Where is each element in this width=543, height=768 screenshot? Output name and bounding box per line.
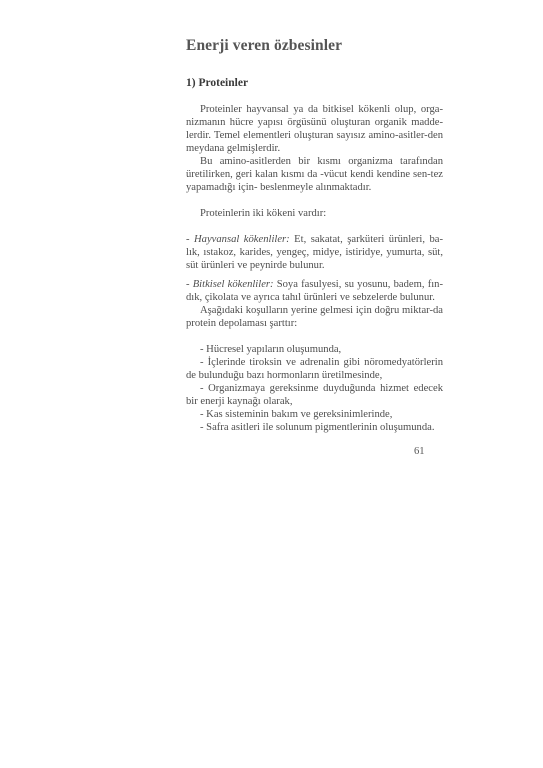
body-text: Proteinler hayvansal ya da bitkisel köke… [186,103,443,434]
list-item: - Organizmaya gereksinme duyduğunda hizm… [186,382,443,408]
list-item: - Kas sisteminin bakım ve gereksinimleri… [186,408,443,421]
paragraph-animal-sources: - Hayvansal kökenliler: Et, sakatat, şar… [186,233,443,272]
paragraph-intro: Proteinler hayvansal ya da bitkisel köke… [186,103,443,155]
plant-sources-label: - Bitkisel kökenliler: [186,279,274,290]
conditions-list: - Hücresel yapıların oluşumunda, - İçler… [186,343,443,434]
page-title: Enerji veren özbesinler [186,37,342,55]
paragraph-plant-sources: - Bitkisel kökenliler: Soya fasulyesi, s… [186,278,443,304]
animal-sources-label: - Hayvansal kökenliler: [186,234,290,245]
list-item: - Safra asitleri ile solunum pigmentleri… [186,421,443,434]
paragraph-conditions: Aşağıdaki koşulların yerine gelmesi için… [186,304,443,330]
list-item: - Hücresel yapıların oluşumunda, [186,343,443,356]
page-number: 61 [414,446,425,457]
paragraph-amino-acids: Bu amino-asitlerden bir kısmı organizma … [186,155,443,194]
list-item: - İçlerinde tiroksin ve adrenalin gibi n… [186,356,443,382]
paragraph-two-origins: Proteinlerin iki kökeni vardır: [186,207,443,220]
section-heading: 1) Proteinler [186,77,248,89]
